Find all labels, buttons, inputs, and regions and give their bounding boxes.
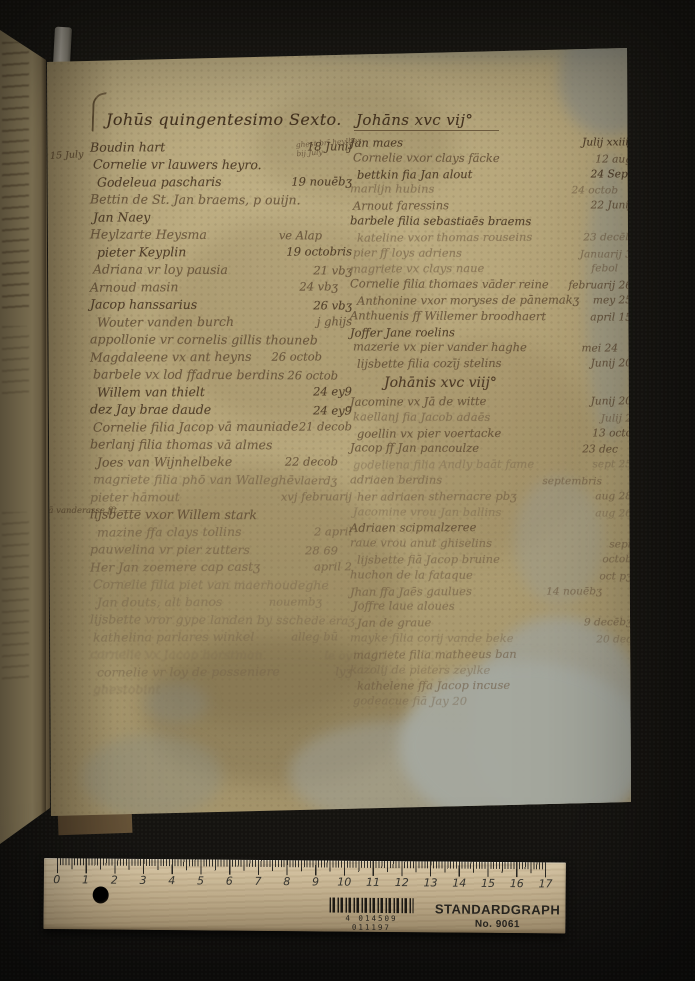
entry-name: lijsbette filia cozīj stelins (357, 356, 502, 371)
entry-date: j ghijs (317, 314, 352, 328)
entry-name: Jhan ffa Jaēs gaulues (350, 584, 472, 599)
manuscript-entry: Cornelie vr lauwers heyro. (90, 156, 352, 175)
manuscript-entry: Heylzarte Heysma ve Alap (90, 226, 352, 245)
manuscript-entry: huchon de la fataque oct pʒ (350, 567, 632, 584)
entry-name: mayke filia corij vande beke (350, 630, 514, 645)
entry-date: septembris (542, 475, 602, 487)
manuscript-entry: Wouter vanden burch j ghijs (90, 313, 352, 332)
entry-date: aug 26 (595, 507, 632, 519)
manuscript-column-right: Johāns xvc vij° Jan maes Julij xxiiij Co… (350, 110, 632, 710)
ruler-number-text: 9 (312, 875, 319, 888)
manuscript-entry: Adriaen scipmalzeree (350, 520, 632, 537)
entry-name: Joes van Wijnhelbeke (97, 454, 232, 470)
entry-name: Arnoud masin (90, 279, 178, 294)
entry-date: vlaerdʒ (294, 473, 337, 487)
manuscript-entry: Her Jan zoemere cap castʒ april 2 (90, 558, 352, 577)
entry-name: Cornelie filia Jacop vā mauniade (93, 419, 298, 435)
entry-name: kaellanj fia Jacob adaēs (353, 409, 490, 424)
entry-date: april 15 (590, 311, 632, 323)
entry-name: Anthuenis ff Willemer broodhaert (350, 308, 546, 323)
entry-date: Januarij 3 (580, 248, 632, 260)
manuscript-entry: berlanj filia thomas vā almes (90, 436, 352, 455)
entry-name: Her Jan zoemere cap castʒ (90, 559, 260, 575)
entry-name: Adriana vr loy pausia (93, 261, 228, 277)
entry-name: mazine ffa clays tollins (97, 524, 242, 540)
manuscript-entry: kaellanj fia Jacob adaēs Julij 2 (350, 409, 632, 426)
facing-page-text-fragments (2, 42, 29, 310)
entry-date: febol (591, 263, 618, 275)
manuscript-entry: Cornelie filia thomaes vāder reine febru… (350, 277, 632, 294)
manuscript-entry: godeacue fiā Jay 20 (350, 693, 632, 710)
manuscript-entry: her adriaen sthernacre pbʒ aug 28 (350, 488, 632, 505)
year-heading-1507: Johāns xvc vij° (354, 111, 499, 131)
entry-name: Arnout faressins (353, 198, 449, 213)
ruler-number-text: 5 (197, 874, 204, 887)
manuscript-entry: pieter hāmout xvj februarij (90, 488, 352, 507)
entry-name: Magdaleene vx ant heyns (90, 349, 252, 365)
facing-page-text-fragments (2, 326, 29, 396)
entry-date: Junij 20 (591, 395, 632, 407)
year-heading-1508: Johānis xvc viij° (384, 375, 632, 391)
entry-date: mei 24 (581, 343, 618, 355)
manuscript-entry: Bettin de St. Jan braems, p ouijn. (90, 191, 352, 210)
entry-name: barbele filia sebastiaēs braems (350, 213, 531, 228)
page-fold-shadow (41, 26, 46, 848)
manuscript-entry: Godeleua pascharis 19 nouēbʒ (90, 173, 352, 192)
manuscript-entry: bettkin fia Jan alout 24 Sept (350, 166, 632, 183)
ruler-number-text: 8 (283, 875, 290, 888)
marginal-note-date: 15 July (50, 149, 84, 162)
entry-name: magriete vx clays naue (350, 261, 484, 276)
entry-name: Jacomine vrou Jan ballins (353, 504, 501, 519)
entry-name: Jacop ff Jan pancoulze (350, 441, 479, 456)
entry-name: raue vrou anut ghiselins (350, 536, 492, 551)
entry-date: 22 Junij (591, 199, 632, 211)
ruler-number-text: 12 (395, 876, 409, 889)
entry-name: pieter Keyplin (97, 244, 186, 259)
ruler-number-text: 3 (140, 874, 147, 887)
manuscript-entry: marlijn hubins 24 octob (350, 182, 632, 199)
entry-name: Jan douts, alt banos (97, 594, 222, 610)
pen-flourish (92, 92, 107, 132)
entry-name: cornelie vr loy de posseniere (97, 664, 280, 680)
entry-date: 13 octo (592, 427, 632, 439)
entry-name: Willem van thielt (97, 384, 205, 400)
entry-name: Joffer Jane roelins (350, 325, 455, 340)
entry-name: kathelene ffa Jacop incuse (357, 678, 510, 693)
entry-date: 24 Sept (591, 168, 632, 180)
manuscript-entry: Magdaleene vx ant heyns 26 octob (90, 348, 352, 367)
ruler-number-text: 7 (254, 875, 261, 888)
manuscript-entry: Jhan ffa Jaēs gaulues 14 nouēbʒ (350, 583, 632, 600)
entry-date: 24 ey9 (313, 403, 352, 417)
entry-date: 20 dec (596, 633, 632, 645)
entry-date: 18 Junij (307, 139, 352, 153)
entry-list-1506: Boudin hart 18 Junij Cornelie vr lauwers… (90, 139, 352, 699)
ruler-number-text: 6 (226, 875, 233, 888)
manuscript-entry: Arnout faressins 22 Junij (350, 197, 632, 214)
manuscript-entry: Jacop ff Jan pancoulze 23 dec (350, 441, 632, 458)
entry-name: Heylzarte Heysma (90, 226, 207, 242)
entry-date: 24 octob (571, 185, 618, 197)
manuscript-entry: mazine ffa clays tollins 2 april (90, 523, 352, 542)
barcode (330, 897, 414, 913)
entry-date: februarij 26 (568, 280, 632, 292)
entry-date: 14 nouēbʒ (546, 585, 602, 597)
entry-date: 28 69 (305, 543, 338, 557)
entry-date: 24 ey9 (313, 384, 352, 398)
ruler-number-text: 17 (538, 877, 552, 890)
manuscript-entry: kateline vxor thomas rouseins 23 decēb (350, 229, 632, 246)
manuscript-entry: adriaen berdins septembris (350, 472, 632, 489)
entry-name: Adriaen scipmalzeree (350, 520, 476, 535)
manuscript-entry: Jan de graue 9 decēbʒ (350, 614, 632, 631)
manuscript-entry: Cornelie vxor clays fäcke 12 aug (350, 150, 632, 167)
entry-date: de eraʒ (311, 613, 355, 627)
entry-date: 19 nouēbʒ (291, 174, 352, 188)
entry-name: Godeleua pascharis (97, 174, 222, 190)
entry-date: sept 25 (592, 458, 632, 470)
manuscript-entry: ghestobint (90, 681, 352, 700)
entry-name: Cornelie vxor clays fäcke (353, 150, 500, 165)
entry-name: Cornelie vr lauwers heyro. (93, 156, 262, 172)
entry-date: le oy (324, 648, 352, 662)
manuscript-entry: barbele filia sebastiaēs braems (350, 213, 632, 230)
entry-date: 26 octob (287, 368, 338, 382)
manuscript-entry: kazolij de pieters zeylke (350, 662, 632, 679)
entry-name: Cornelie filia thomaes vāder reine (350, 277, 549, 292)
manuscript-entry: Jan douts, alt banos nouembʒ (90, 593, 352, 612)
manuscript-entry: magriete vx clays naue febol (350, 261, 632, 278)
entry-name: pieter hāmout (90, 489, 180, 504)
entry-name: Jan de graue (357, 615, 431, 629)
entry-name: kateline vxor thomas rouseins (357, 230, 532, 245)
entry-name: huchon de la fataque (350, 567, 473, 582)
manuscript-entry: kathelina parlares winkel alleg bū (90, 628, 352, 647)
entry-date: 26 octob (271, 349, 322, 363)
manuscript-entry: dez Jay brae daude 24 ey9 (90, 401, 352, 420)
facing-page-edge (0, 26, 52, 848)
manuscript-entry: Joffre laue aloues (350, 599, 632, 616)
entry-name: Jan maes (350, 135, 403, 149)
ruler-brand: STANDARDGRAPH (422, 901, 574, 917)
entry-name: lijsbette fiā Jacop bruine (357, 552, 500, 567)
entry-date: 26 vbʒ (313, 298, 352, 312)
manuscript-entry: lijsbette vror gype landen by ssche de e… (90, 611, 352, 630)
entry-name: godeacue fiā Jay 20 (353, 693, 467, 707)
entry-date: 2 april (314, 524, 352, 538)
entry-date: octob (602, 553, 632, 565)
manuscript-entry: mayke filia corij vande beke 20 dec (350, 630, 632, 647)
manuscript-entry: lijsbette vxor Willem stark (90, 506, 352, 525)
entry-date: april 2 (314, 559, 352, 573)
ruler-model-number: No. 9061 (421, 918, 573, 930)
manuscript-entry: Willem van thielt 24 ey9 (90, 383, 352, 402)
entry-name: Boudin hart (90, 139, 165, 154)
entry-date: xvj februarij (281, 489, 352, 503)
manuscript-entry: magriete filia matheeus ban (350, 646, 632, 663)
manuscript-entry: Anthuenis ff Willemer broodhaert april 1… (350, 308, 632, 325)
entry-name: berlanj filia thomas vā almes (90, 436, 272, 452)
entry-name: lijsbette vror gype landen by ssche (90, 611, 311, 627)
entry-date: ve Alap (279, 228, 322, 242)
entry-name: magriete filia phō van Walleghē (93, 471, 294, 487)
entry-name: Wouter vanden burch (97, 314, 234, 330)
entry-name: Anthonine vxor moryses de pānemakʒ (357, 293, 579, 308)
manuscript-entry: pauwelina vr pier zutters 28 69 (90, 541, 352, 560)
damp-stain (82, 734, 222, 819)
entry-name: barbele vx lod ffadrue berdins (93, 366, 284, 382)
ruler-number-text: 13 (423, 876, 437, 889)
measuring-ruler: 0 1 2 3 4 5 6 7 8 9 10 11 (43, 858, 566, 934)
manuscript-entry: lijsbette filia cozīj stelins Junij 20 (350, 355, 632, 372)
ruler-number-text: 11 (366, 876, 380, 889)
entry-name: goellin vx pier voertacke (357, 425, 501, 440)
manuscript-entry: godeliena filia Andly baāt fame sept 25 (350, 456, 632, 473)
entry-date: 12 aug (595, 153, 632, 165)
entry-name: dez Jay brae daude (90, 401, 211, 417)
entry-date: aug 28 (595, 490, 632, 502)
entry-date: mey 25 (593, 294, 632, 306)
entry-name: godeliena filia Andly baāt fame (353, 457, 534, 472)
manuscript-entry: Jan maes Julij xxiiij (350, 134, 632, 151)
manuscript-entry: Jacomine vx Jā de witte Junij 20 (350, 393, 632, 410)
entry-name: kathelina parlares winkel (93, 629, 254, 645)
entry-date: 24 vbʒ (299, 279, 338, 293)
manuscript-entry: Cornelie filia Jacop vā mauniade 21 deco… (90, 418, 352, 437)
entry-list-1508: Jacomine vx Jā de witte Junij 20 kaellan… (350, 394, 632, 710)
manuscript-entry: kathelene ffa Jacop incuse (350, 678, 632, 695)
ruler-number-text: 1 (82, 873, 89, 886)
entry-date: alleg bū (291, 629, 338, 643)
manuscript-entry: magriete filia phō van Walleghē vlaerdʒ (90, 471, 352, 490)
photo-stage: 15 July Jā vanderasse fft ghest brī heyl… (0, 0, 695, 981)
manuscript-entry: lijsbette fiā Jacop bruine octob (350, 551, 632, 568)
entry-name: her adriaen sthernacre pbʒ (357, 489, 517, 504)
manuscript-column-left: Johūs quingentesimo Sexto. Boudin hart 1… (90, 106, 352, 699)
entry-date: 23 dec (582, 444, 618, 456)
entry-date: 19 octobris (286, 244, 352, 258)
manuscript-entry: pieter Keyplin 19 octobris (90, 243, 352, 262)
ruler-number-text: 4 (168, 874, 175, 887)
entry-date: 22 decob (285, 454, 338, 468)
manuscript-entry: cornelie vr loy de posseniere lyʒ (90, 663, 352, 682)
manuscript-entry: Boudin hart 18 Junij (90, 138, 352, 157)
entry-date: Julij xxiiij (582, 136, 632, 148)
entry-name: magriete filia matheeus ban (353, 647, 517, 662)
ruler-number-text: 16 (510, 877, 524, 890)
entry-name: Bettin de St. Jan braems, p ouijn. (90, 191, 301, 207)
manuscript-entry: mazerie vx pier vander haghe mei 24 (350, 340, 632, 357)
ruler-number-text: 0 (53, 873, 60, 886)
manuscript-entry: Anthonine vxor moryses de pānemakʒ mey 2… (350, 292, 632, 309)
manuscript-entry: Adriana vr loy pausia 21 vbʒ (90, 261, 352, 280)
entry-name: ghestobint (93, 681, 161, 696)
manuscript-entry: Cornelie filia piet van maerhoudeghe (90, 576, 352, 595)
year-heading-text: Johūs quingentesimo Sexto. (106, 110, 342, 129)
year-heading-1506: Johūs quingentesimo Sexto. (106, 110, 352, 129)
manuscript-entry: pier ff loys adriens Januarij 3 (350, 245, 632, 262)
ruler-number-text: 2 (111, 874, 118, 887)
entry-name: pier ff loys adriens (353, 245, 462, 259)
barcode-digits: 4 014509 011197 (323, 913, 419, 932)
manuscript-entry: appollonie vr cornelis gillis thouneb (90, 331, 352, 350)
entry-date: 21 decob (299, 419, 352, 433)
manuscript-entry: barbele vx lod ffadrue berdins 26 octob (90, 366, 352, 385)
manuscript-page: 15 July Jā vanderasse fft ghest brī heyl… (44, 46, 632, 818)
entry-name: pauwelina vr pier zutters (90, 541, 250, 557)
entry-name: Jacomine vx Jā de witte (350, 394, 487, 409)
entry-name: Jacop hanssarius (90, 296, 197, 311)
entry-date: 23 decēb (583, 231, 632, 243)
entry-date: 9 decēbʒ (584, 616, 632, 628)
manuscript-entry: Jan Naey (90, 208, 352, 227)
entry-date: oct pʒ (599, 570, 632, 582)
entry-name: bettkin fia Jan alout (357, 167, 472, 182)
ruler-hanging-hole (93, 886, 109, 903)
ruler-number-text: 15 (481, 877, 495, 890)
manuscript-entry: raue vrou anut ghiselins sept (350, 536, 632, 553)
manuscript-entry: Jacomine vrou Jan ballins aug 26 (350, 504, 632, 521)
entry-name: lijsbette vxor Willem stark (90, 506, 257, 522)
manuscript-entry: goellin vx pier voertacke 13 octo (350, 425, 632, 442)
ruler-brand-block: STANDARDGRAPH No. 9061 (421, 901, 573, 930)
ruler-number-text: 10 (337, 876, 351, 889)
entry-name: appollonie vr cornelis gillis thouneb (90, 331, 318, 347)
entry-date: sept (609, 539, 632, 551)
manuscript-entry: Joes van Wijnhelbeke 22 decob (90, 453, 352, 472)
entry-name: mazerie vx pier vander haghe (353, 340, 527, 355)
entry-date: 21 vbʒ (313, 263, 352, 277)
entry-list-1507: Jan maes Julij xxiiij Cornelie vxor clay… (350, 135, 632, 372)
ruler-number-text: 14 (452, 877, 466, 890)
manuscript-entry: cornelie vx Jacop borstman le oy (90, 646, 352, 665)
entry-name: kazolij de pieters zeylke (350, 662, 490, 677)
entry-name: cornelie vx Jacop borstman (90, 646, 263, 662)
entry-name: marlijn hubins (350, 182, 434, 196)
book-clamp (53, 27, 72, 66)
entry-name: Cornelie filia piet van maerhoudeghe (93, 576, 329, 592)
entry-name: Jan Naey (93, 209, 150, 224)
entry-date: nouembʒ (269, 594, 322, 608)
entry-date: Junij 20 (591, 357, 632, 369)
entry-name: adriaen berdins (350, 472, 442, 486)
entry-date: Julij 2 (601, 412, 632, 424)
manuscript-entry: Arnoud masin 24 vbʒ (90, 278, 352, 297)
facing-page-text-fragments (2, 512, 29, 680)
entry-name: Joffre laue aloues (353, 599, 455, 613)
manuscript-entry: Jacop hanssarius 26 vbʒ (90, 296, 352, 315)
manuscript-entry: Joffer Jane roelins (350, 324, 632, 341)
